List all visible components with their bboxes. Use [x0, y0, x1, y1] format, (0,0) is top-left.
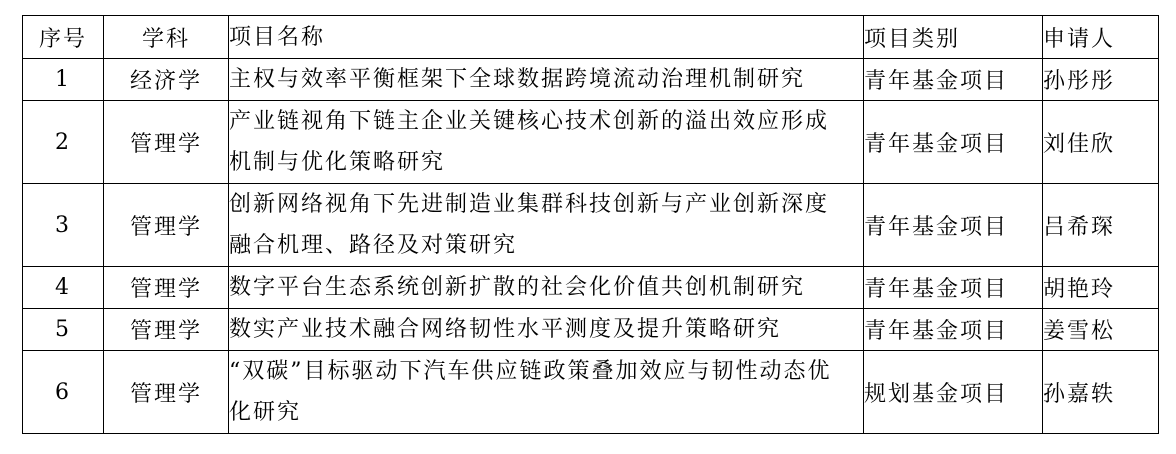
projects-table: 序号 学科 项目名称 项目类别 申请人 1 经济学 主权与效率平衡框架下全球数据… [22, 15, 1159, 434]
cell-category: 青年基金项目 [864, 267, 1043, 309]
cell-applicant: 孙嘉轶 [1043, 351, 1159, 434]
table-row: 2 管理学 产业链视角下链主企业关键核心技术创新的溢出效应形成 机制与优化策略研… [23, 101, 1159, 184]
cell-applicant: 刘佳欣 [1043, 101, 1159, 184]
cell-no: 3 [23, 184, 104, 267]
cell-discipline: 管理学 [104, 309, 229, 351]
cell-applicant: 孙彤彤 [1043, 59, 1159, 101]
table-row: 4 管理学 数字平台生态系统创新扩散的社会化价值共创机制研究 青年基金项目 胡艳… [23, 267, 1159, 309]
cell-category: 青年基金项目 [864, 184, 1043, 267]
cell-applicant: 姜雪松 [1043, 309, 1159, 351]
table-row: 5 管理学 数实产业技术融合网络韧性水平测度及提升策略研究 青年基金项目 姜雪松 [23, 309, 1159, 351]
cell-applicant: 吕希琛 [1043, 184, 1159, 267]
table-row: 6 管理学 “双碳”目标驱动下汽车供应链政策叠加效应与韧性动态优 化研究 规划基… [23, 351, 1159, 434]
header-discipline: 学科 [104, 16, 229, 59]
table-header-row: 序号 学科 项目名称 项目类别 申请人 [23, 16, 1159, 59]
cell-category: 青年基金项目 [864, 59, 1043, 101]
table-row: 3 管理学 创新网络视角下先进制造业集群科技创新与产业创新深度 融合机理、路径及… [23, 184, 1159, 267]
cell-no: 6 [23, 351, 104, 434]
header-project-name: 项目名称 [229, 16, 864, 59]
cell-no: 2 [23, 101, 104, 184]
cell-discipline: 管理学 [104, 351, 229, 434]
cell-no: 5 [23, 309, 104, 351]
cell-category: 青年基金项目 [864, 101, 1043, 184]
cell-discipline: 管理学 [104, 101, 229, 184]
header-no: 序号 [23, 16, 104, 59]
header-category: 项目类别 [864, 16, 1043, 59]
cell-project-name: 产业链视角下链主企业关键核心技术创新的溢出效应形成 机制与优化策略研究 [229, 101, 864, 184]
cell-project-name: “双碳”目标驱动下汽车供应链政策叠加效应与韧性动态优 化研究 [229, 351, 864, 434]
cell-project-name: 创新网络视角下先进制造业集群科技创新与产业创新深度 融合机理、路径及对策研究 [229, 184, 864, 267]
cell-project-name: 数实产业技术融合网络韧性水平测度及提升策略研究 [229, 309, 864, 351]
cell-applicant: 胡艳玲 [1043, 267, 1159, 309]
header-applicant: 申请人 [1043, 16, 1159, 59]
cell-no: 4 [23, 267, 104, 309]
cell-project-name: 数字平台生态系统创新扩散的社会化价值共创机制研究 [229, 267, 864, 309]
cell-project-name: 主权与效率平衡框架下全球数据跨境流动治理机制研究 [229, 59, 864, 101]
cell-discipline: 管理学 [104, 184, 229, 267]
cell-discipline: 经济学 [104, 59, 229, 101]
cell-discipline: 管理学 [104, 267, 229, 309]
cell-category: 青年基金项目 [864, 309, 1043, 351]
cell-category: 规划基金项目 [864, 351, 1043, 434]
table-row: 1 经济学 主权与效率平衡框架下全球数据跨境流动治理机制研究 青年基金项目 孙彤… [23, 59, 1159, 101]
cell-no: 1 [23, 59, 104, 101]
